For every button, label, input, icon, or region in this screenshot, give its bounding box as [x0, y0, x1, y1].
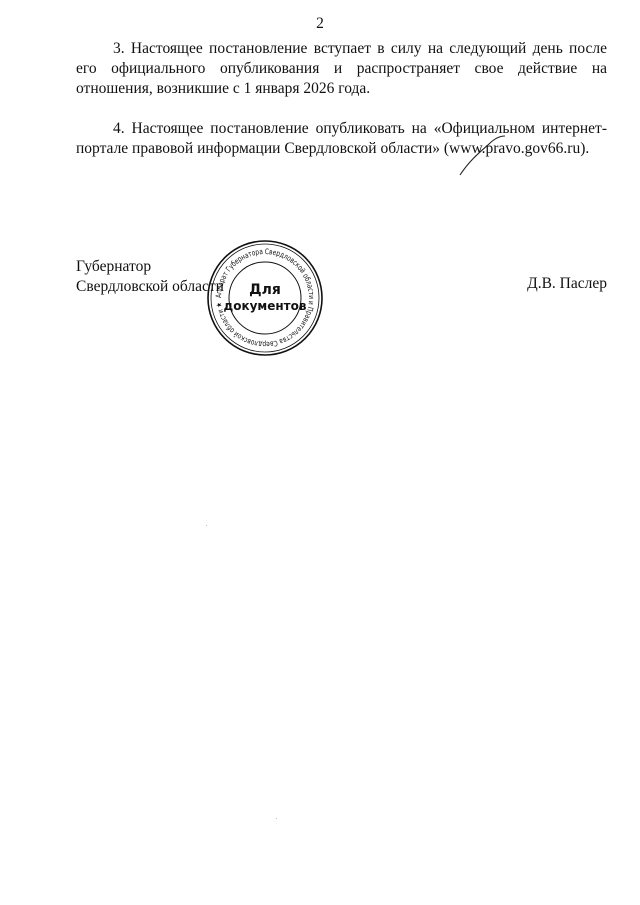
signatory-title: Губернатор Свердловской области	[76, 257, 224, 297]
signatory-name: Д.В. Паслер	[527, 275, 607, 293]
signatory-title-line2: Свердловской области	[76, 277, 224, 297]
page-number: 2	[0, 15, 640, 33]
scan-speck	[276, 818, 277, 819]
scan-speck	[206, 525, 207, 526]
signatory-title-line1: Губернатор	[76, 257, 224, 277]
stamp-center-line2: документов	[224, 299, 307, 313]
paragraph-3: 3. Настоящее постановление вступает в си…	[76, 39, 607, 99]
paragraph-3-text: 3. Настоящее постановление вступает в си…	[76, 40, 607, 97]
stamp-center-line1: Для	[249, 282, 281, 298]
official-stamp-icon: Аппарат Губернатора Свердловской области…	[205, 238, 325, 358]
paragraph-4: 4. Настоящее постановление опубликовать …	[76, 119, 607, 159]
handwritten-mark-icon	[455, 130, 515, 180]
paragraph-4-text: 4. Настоящее постановление опубликовать …	[76, 120, 607, 157]
